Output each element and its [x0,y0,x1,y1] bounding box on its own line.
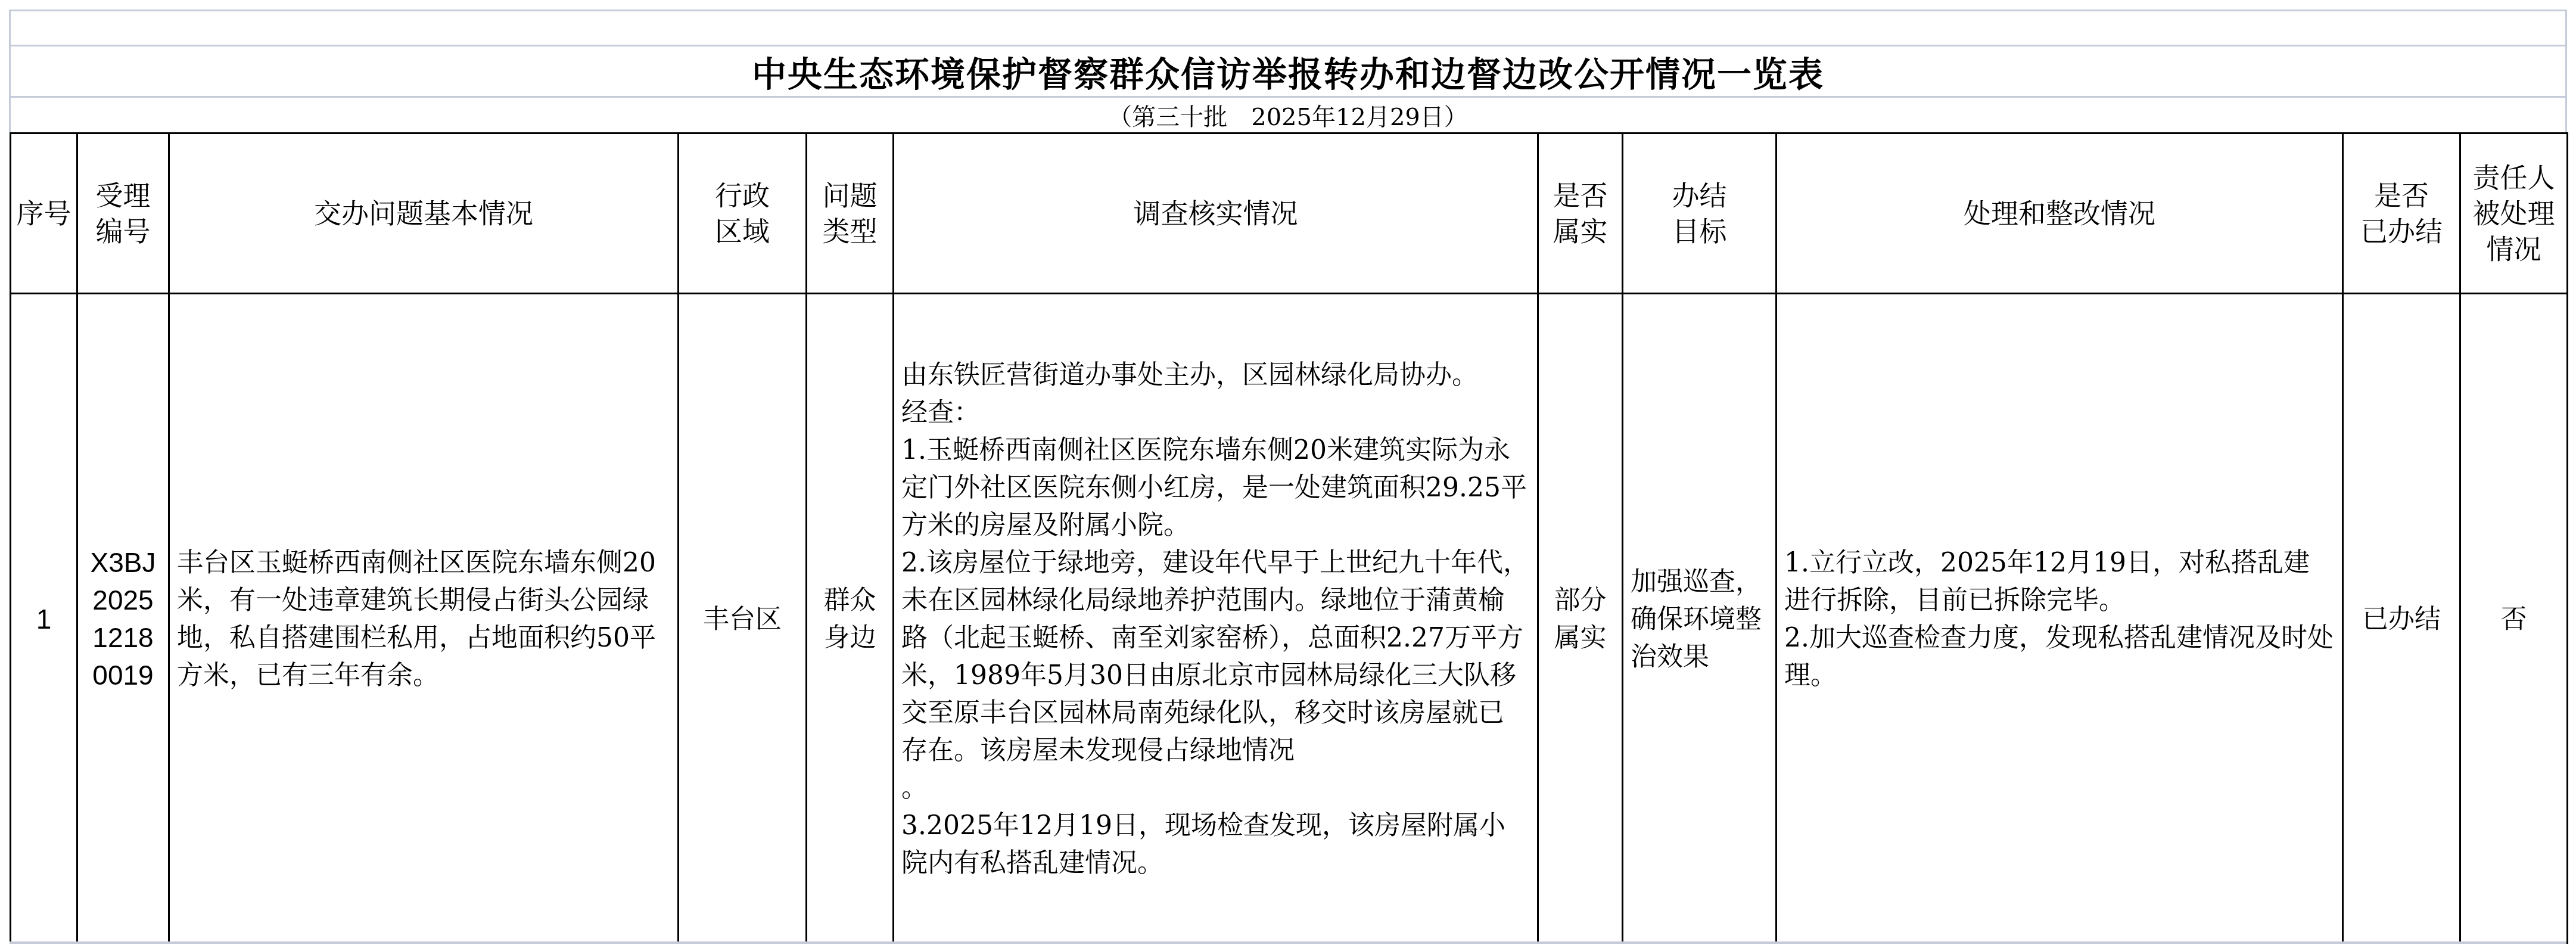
cell-investigation: 由东铁匠营街道办事处主办，区园林绿化局协办。 经查： 1.玉蜓桥西南侧社区医院东… [894,294,1538,944]
cell-goal: 加强巡查，确保环境整治效果 [1623,294,1777,944]
header-problem-type: 问题 类型 [807,133,894,294]
header-seq: 序号 [11,133,77,294]
sheet-grid-top [10,10,2566,11]
header-basic-info: 交办问题基本情况 [169,133,679,294]
subtitle-row: （第三十批 2025年12月29日） [10,98,2566,132]
header-goal: 办结 目标 [1623,133,1777,294]
cell-basic-info: 丰台区玉蜓桥西南侧社区医院东墙东侧20米，有一处违章建筑长期侵占街头公园绿地，私… [169,294,679,944]
cell-accountability: 否 [2460,294,2568,944]
page-title: 中央生态环境保护督察群众信访举报转办和边督边改公开情况一览表 [752,46,1824,97]
header-closed: 是否 已办结 [2343,133,2460,294]
cell-verified: 部分 属实 [1538,294,1623,944]
header-district: 行政 区域 [679,133,807,294]
cell-case-id: X3BJ 2025 1218 0019 [77,294,169,944]
header-investigation: 调查核实情况 [894,133,1538,294]
cell-seq: 1 [11,294,77,944]
header-verified: 是否 属实 [1538,133,1623,294]
cell-rectification: 1.立行立改，2025年12月19日，对私搭乱建进行拆除，目前已拆除完毕。 2.… [1777,294,2343,944]
sheet-grid-bottom [10,941,2566,944]
header-case-id: 受理 编号 [77,133,169,294]
header-rectification: 处理和整改情况 [1777,133,2343,294]
title-row: 中央生态环境保护督察群众信访举报转办和边督边改公开情况一览表 [10,46,2566,96]
batch-subtitle: （第三十批 2025年12月29日） [1108,98,1468,132]
cell-problem-type: 群众 身边 [807,294,894,944]
cell-district: 丰台区 [679,294,807,944]
header-row: 序号 受理 编号 交办问题基本情况 行政 区域 问题 类型 调查核实情况 是否 … [11,133,2568,294]
table-row: 1 X3BJ 2025 1218 0019 丰台区玉蜓桥西南侧社区医院东墙东侧2… [11,294,2568,944]
header-accountability: 责任人 被处理 情况 [2460,133,2568,294]
cell-closed: 已办结 [2343,294,2460,944]
disclosure-table: 序号 受理 编号 交办问题基本情况 行政 区域 问题 类型 调查核实情况 是否 … [10,132,2568,944]
